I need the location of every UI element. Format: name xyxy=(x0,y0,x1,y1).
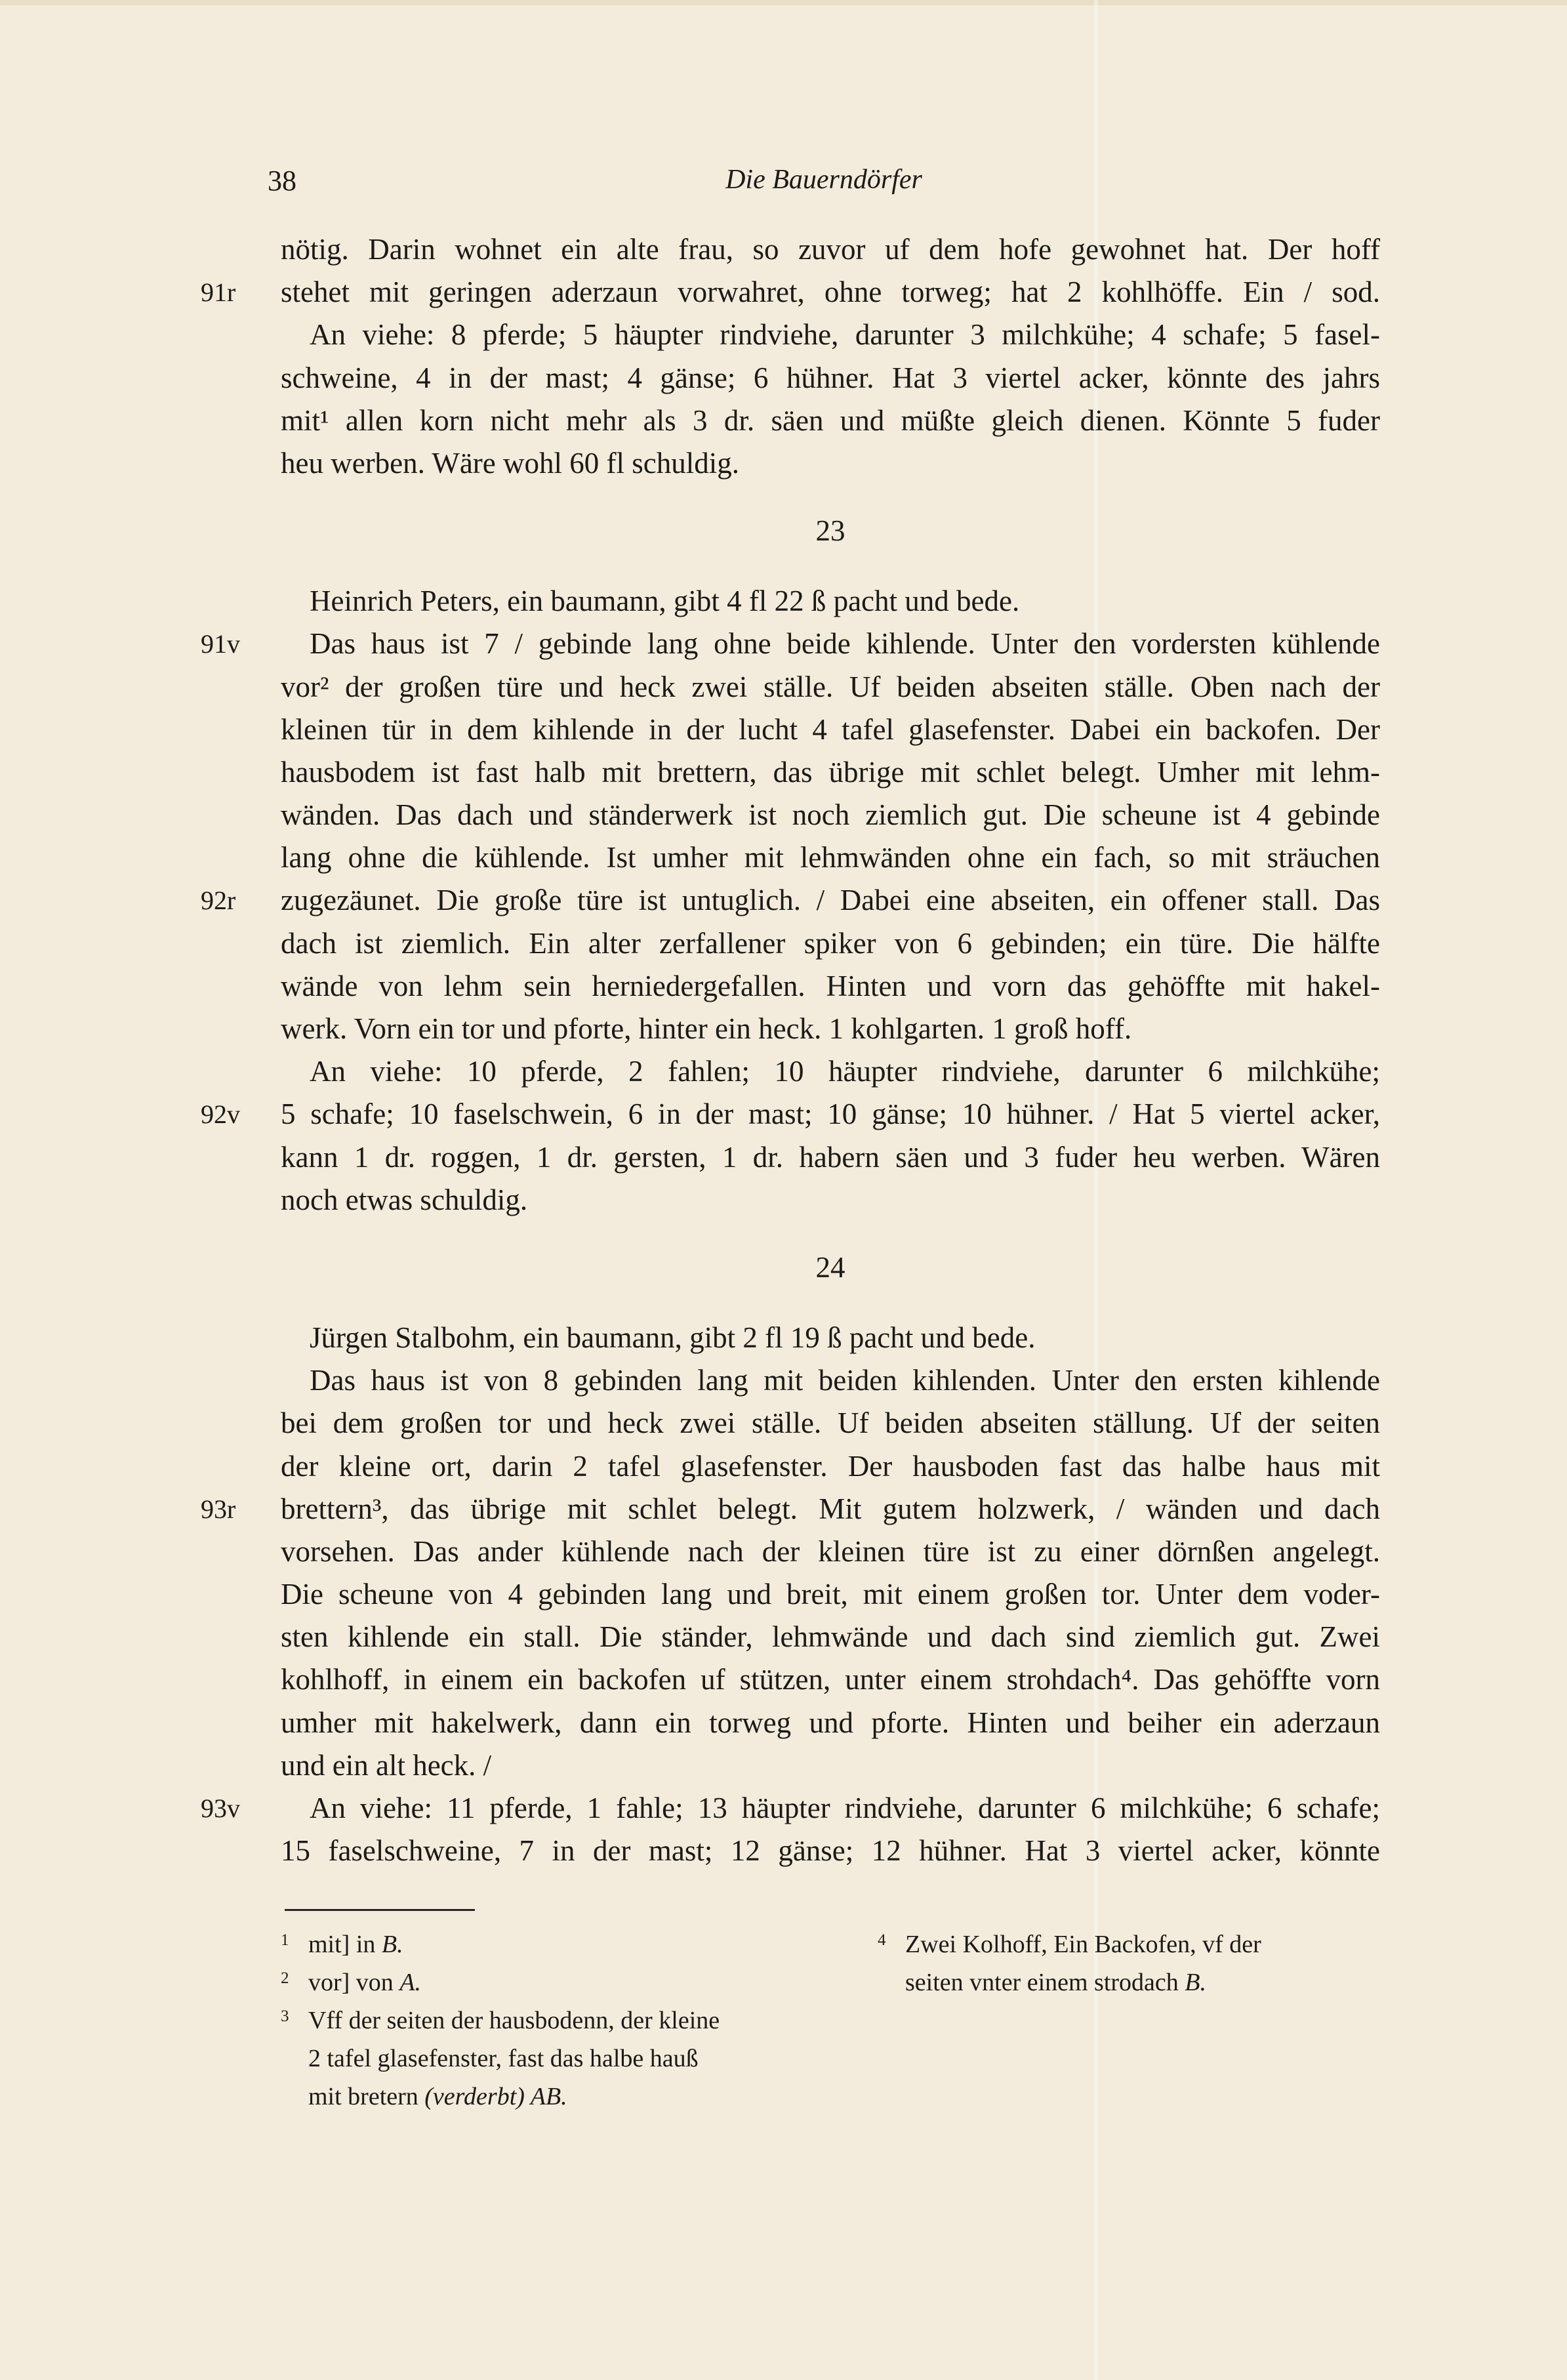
text-line: Heinrich Peters, ein baumann, gibt 4 fl … xyxy=(281,580,1380,623)
text-line: kann 1 dr. roggen, 1 dr. gersten, 1 dr. … xyxy=(281,1136,1380,1179)
page-edge xyxy=(0,0,1567,5)
text-line: Das haus ist von 8 gebinden lang mit bei… xyxy=(281,1359,1380,1402)
footnote-rule xyxy=(285,1909,475,1911)
page-header: Die Bauerndörfer 38 xyxy=(268,164,1380,203)
text-line: 92rzugezäunet. Die große türe ist untugl… xyxy=(281,879,1380,922)
section-number-24: 24 xyxy=(281,1246,1380,1289)
text-line: dach ist ziemlich. Ein alter zerfallener… xyxy=(281,922,1380,965)
text-line: nötig. Darin wohnet ein alte frau, so zu… xyxy=(281,228,1380,271)
footnote-3: 3 Vff der seiten der hausbodenn, der kle… xyxy=(281,2001,884,2116)
text-line: kohlhoff, in einem ein backofen uf stütz… xyxy=(281,1658,1380,1701)
folio-marker: 91v xyxy=(201,623,240,665)
text-line: wände von lehm sein herniedergefallen. H… xyxy=(281,965,1380,1008)
text-line: heu werben. Wäre wohl 60 fl schuldig. xyxy=(281,442,1380,485)
folio-marker: 93r xyxy=(201,1488,235,1530)
footnotes-right: 4 Zwei Kolhoff, Ein Backofen, vf der sei… xyxy=(878,1925,1376,2001)
text-line: kleinen tür in dem kihlende in der lucht… xyxy=(281,708,1380,751)
text-line: Die scheune von 4 gebinden lang und brei… xyxy=(281,1573,1380,1616)
text-line: mit¹ allen korn nicht mehr als 3 dr. säe… xyxy=(281,400,1380,442)
text-line: lang ohne die kühlende. Ist umher mit le… xyxy=(281,836,1380,879)
text-line: bei dem großen tor und heck zwei ställe.… xyxy=(281,1402,1380,1445)
text-line: umher mit hakelwerk, dann ein torweg und… xyxy=(281,1702,1380,1744)
folio-marker: 92v xyxy=(201,1093,240,1136)
page-number: 38 xyxy=(268,164,296,197)
section-number-23: 23 xyxy=(281,510,1380,552)
text-line: 91rstehet mit geringen aderzaun vorwahre… xyxy=(281,271,1380,314)
folio-marker: 91r xyxy=(201,271,235,314)
text-line: An viehe: 10 pferde, 2 fahlen; 10 häupte… xyxy=(281,1050,1380,1093)
main-text: nötig. Darin wohnet ein alte frau, so zu… xyxy=(281,228,1380,1872)
footnote-4: 4 Zwei Kolhoff, Ein Backofen, vf der sei… xyxy=(878,1925,1376,2001)
text-line: werk. Vorn ein tor und pforte, hinter ei… xyxy=(281,1008,1380,1050)
folio-marker: 93v xyxy=(201,1787,240,1830)
text-line: sten kihlende ein stall. Die ständer, le… xyxy=(281,1616,1380,1658)
footnotes-left: 1mit] in B. 2vor] von A. 3 Vff der seite… xyxy=(281,1925,884,2116)
text-line: 91vDas haus ist 7 / gebinde lang ohne be… xyxy=(281,623,1380,665)
folio-marker: 92r xyxy=(201,879,235,922)
text-line: 93vAn viehe: 11 pferde, 1 fahle; 13 häup… xyxy=(281,1787,1380,1830)
text-line: Jürgen Stalbohm, ein baumann, gibt 2 fl … xyxy=(281,1317,1380,1359)
text-line: noch etwas schuldig. xyxy=(281,1179,1380,1221)
text-line: 92v5 schafe; 10 faselschwein, 6 in der m… xyxy=(281,1093,1380,1136)
footnote-1: 1mit] in B. xyxy=(281,1925,884,1963)
text-line: hausbodem ist fast halb mit brettern, da… xyxy=(281,751,1380,794)
text-line: vor² der großen türe und heck zwei ställ… xyxy=(281,666,1380,708)
text-line: An viehe: 8 pferde; 5 häupter rindviehe,… xyxy=(281,314,1380,356)
text-line: vorsehen. Das ander kühlende nach der kl… xyxy=(281,1530,1380,1573)
running-title: Die Bauerndörfer xyxy=(268,164,1380,195)
text-line: wänden. Das dach und ständerwerk ist noc… xyxy=(281,794,1380,836)
text-line: schweine, 4 in der mast; 4 gänse; 6 hühn… xyxy=(281,357,1380,400)
text-line: der kleine ort, darin 2 tafel glasefenst… xyxy=(281,1445,1380,1488)
text-line: 15 faselschweine, 7 in der mast; 12 gäns… xyxy=(281,1830,1380,1872)
footnote-2: 2vor] von A. xyxy=(281,1963,884,2001)
text-line: 93rbrettern³, das übrige mit schlet bele… xyxy=(281,1488,1380,1530)
text-line: und ein alt heck. / xyxy=(281,1744,1380,1787)
